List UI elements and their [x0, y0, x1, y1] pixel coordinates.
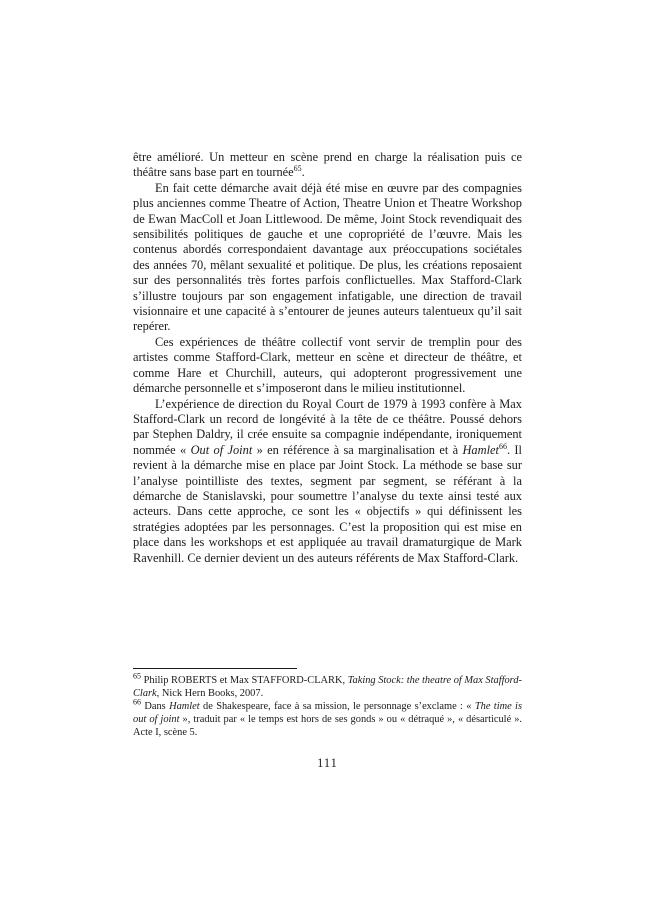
paragraph: En fait cette démarche avait déjà été mi…: [133, 181, 522, 335]
footnote-marker: 66: [133, 698, 141, 707]
footnote-ref-65: 65: [294, 164, 302, 173]
body-text: être amélioré. Un metteur en scène prend…: [133, 150, 522, 566]
footnote-66: 66 Dans Hamlet de Shakespeare, face à sa…: [133, 700, 522, 739]
footnote-marker: 65: [133, 672, 141, 681]
text-segment: . Il revient à la démarche mise en place…: [133, 443, 522, 565]
footnote-65: 65 Philip ROBERTS et Max STAFFORD-CLARK,…: [133, 674, 522, 700]
text-segment: , Nick Hern Books, 2007.: [157, 688, 264, 699]
footnotes-section: 65 Philip ROBERTS et Max STAFFORD-CLARK,…: [133, 668, 522, 739]
text-segment: être amélioré. Un metteur en scène prend…: [133, 150, 522, 179]
text-segment: Dans: [141, 701, 169, 712]
footnote-ref-66: 66: [499, 442, 507, 451]
footnote-separator: [133, 668, 297, 669]
text-segment: » en référence à sa marginalisation et à: [252, 443, 462, 457]
text-segment: Philip ROBERTS et Max STAFFORD-CLARK,: [141, 675, 348, 686]
text-segment: de Shakespeare, face à sa mission, le pe…: [200, 701, 475, 712]
italic-title: Out of Joint: [191, 443, 253, 457]
text-segment: », traduit par « le temps est hors de se…: [133, 714, 522, 738]
page-number: 111: [133, 756, 522, 771]
text-segment: .: [302, 165, 305, 179]
paragraph: L’expérience de direction du Royal Court…: [133, 397, 522, 566]
paragraph-continuation: être amélioré. Un metteur en scène prend…: [133, 150, 522, 181]
italic-title: Hamlet: [169, 701, 200, 712]
document-page: être amélioré. Un metteur en scène prend…: [0, 0, 650, 920]
italic-title: Hamlet: [462, 443, 498, 457]
paragraph: Ces expériences de théâtre collectif von…: [133, 335, 522, 397]
